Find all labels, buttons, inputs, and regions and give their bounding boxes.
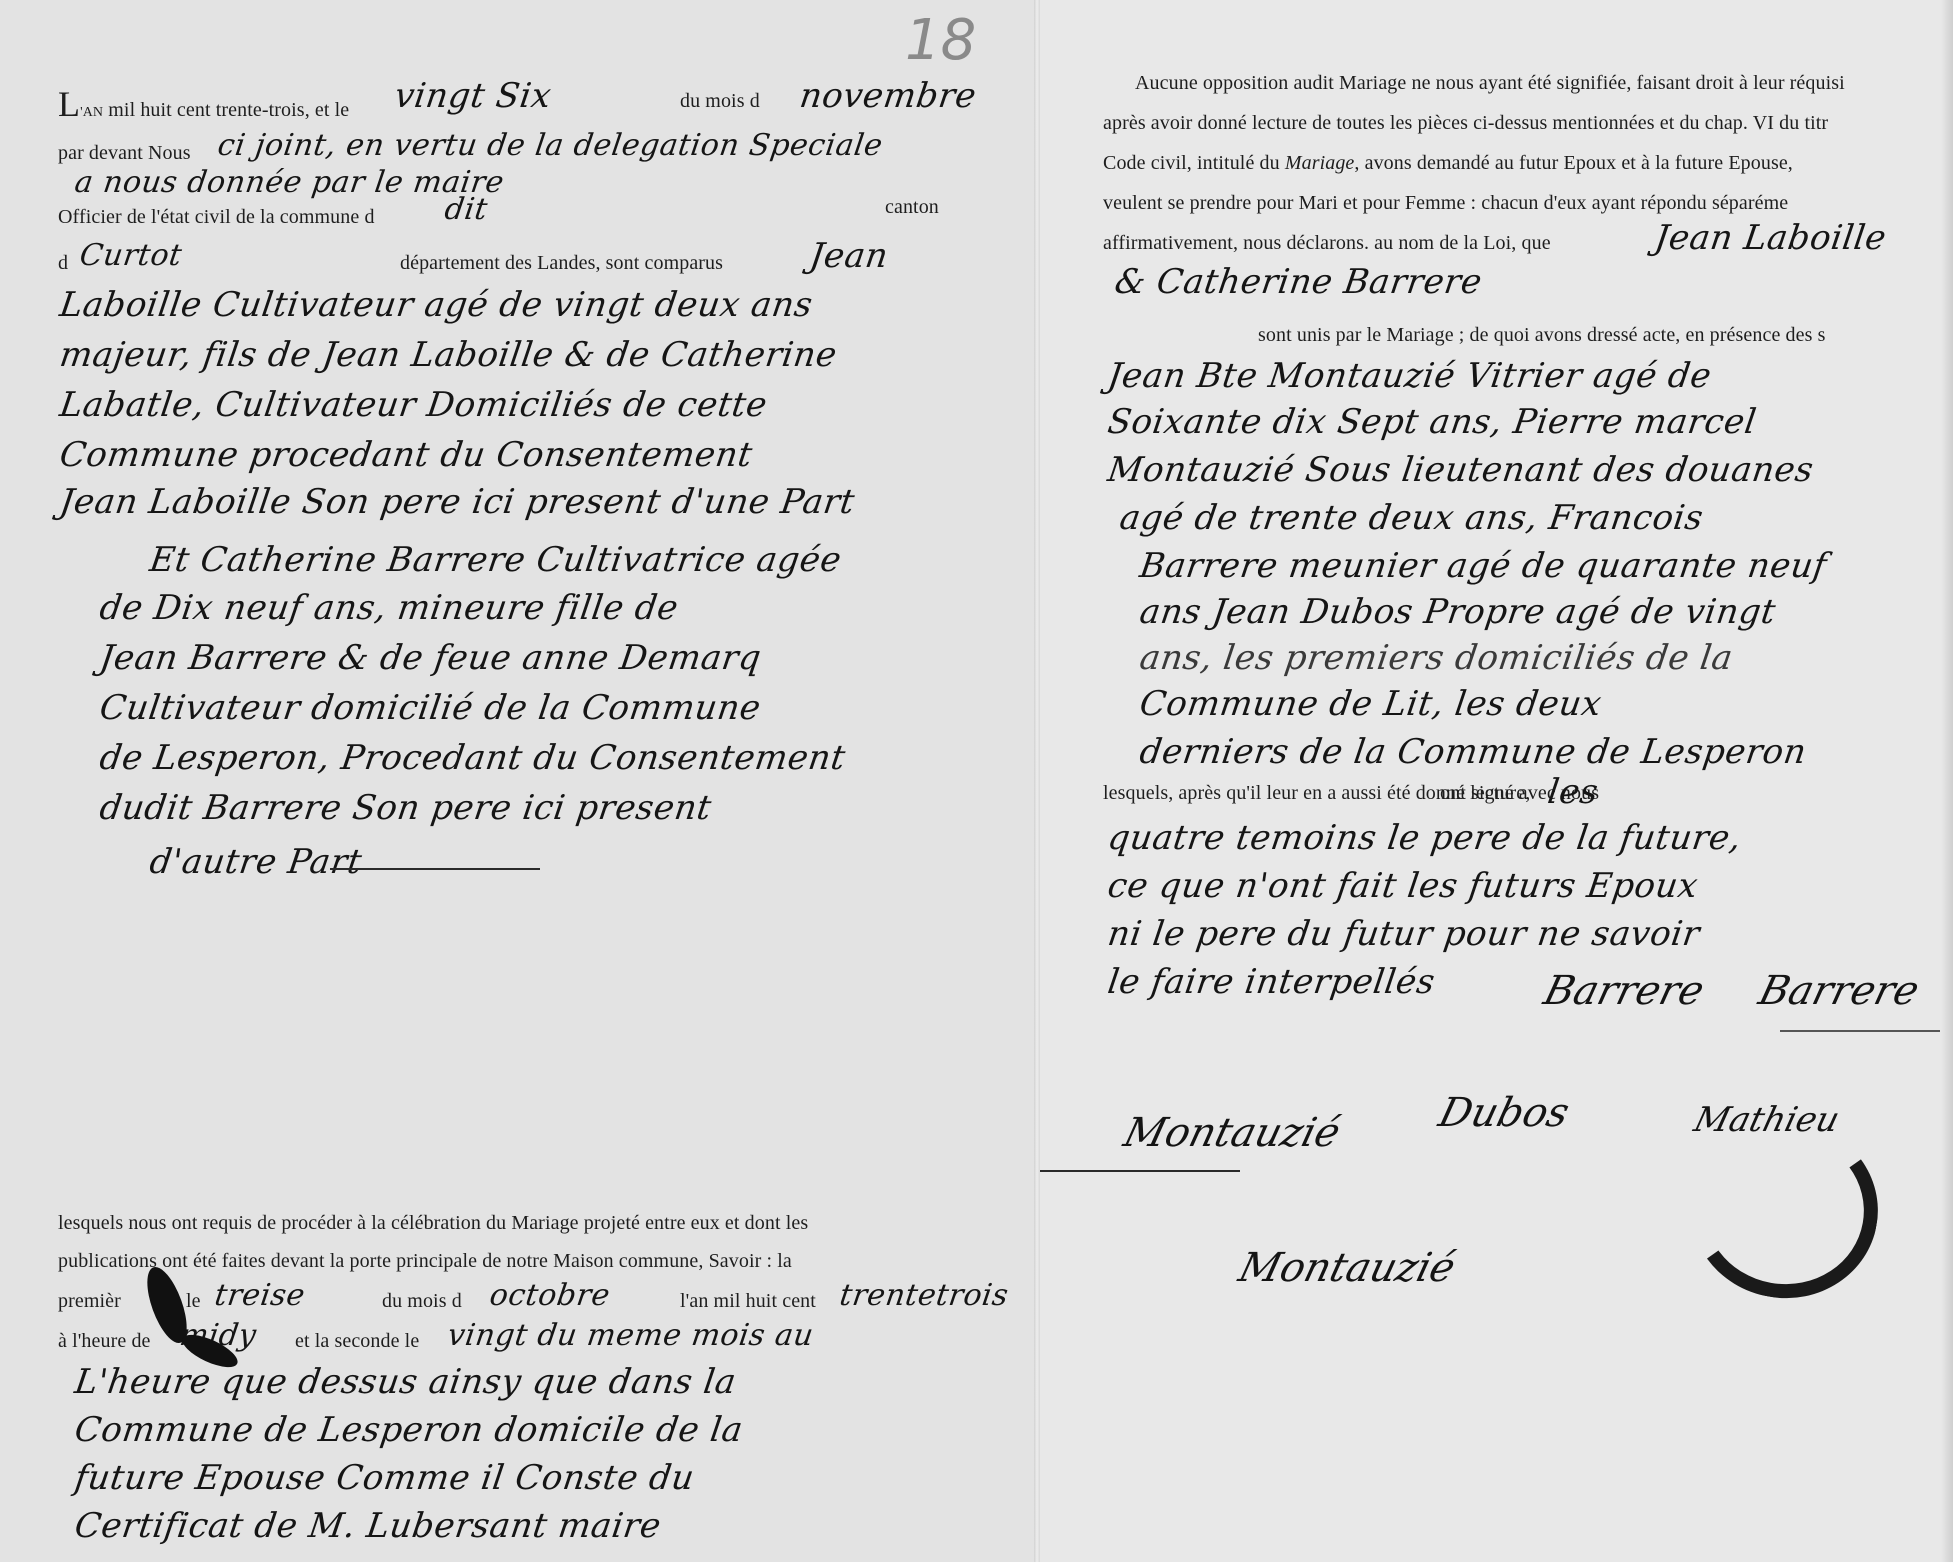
drop-cap: L [58, 84, 80, 124]
hw-day: vingt Six [392, 76, 554, 116]
printed-opening-line: L'an mil huit cent trente-trois, et le [58, 86, 349, 122]
hw-officer-line2: a nous donnée par le maire [73, 165, 507, 200]
printed-de: d [58, 252, 68, 275]
signature-barrere-2: Barrere [1754, 968, 1923, 1014]
margin-folio-number: 18 [905, 8, 976, 73]
hw-pub-day1: treise [213, 1278, 308, 1313]
signature-flourish [1040, 1170, 1240, 1172]
printed-unis-line: sont unis par le Mariage ; de quoi avons… [1258, 324, 1825, 347]
signature-barrere-1: Barrere [1539, 968, 1708, 1014]
hw-bride-name: & Catherine Barrere [1112, 262, 1484, 302]
printed-opposition-line5: affirmativement, nous déclarons. au nom … [1103, 232, 1551, 255]
printed-opposition-line2: après avoir donné lecture de toutes les … [1103, 112, 1828, 135]
hw-pub-month: octobre [488, 1278, 613, 1313]
closing-dash [330, 868, 540, 870]
signature-montauzie-1: Montauzié [1119, 1110, 1345, 1156]
printed-canton: canton [885, 196, 939, 219]
hw-groom-name: Jean Laboille [1652, 218, 1889, 258]
hw-pub-year: trentetrois [838, 1278, 1011, 1313]
signature-montauzie-2: Montauzié [1234, 1245, 1460, 1291]
printed-officier: Officier de l'état civil de la commune d [58, 206, 375, 229]
signature-flourish [1780, 1030, 1940, 1032]
printed-opposition-line3: Code civil, intitulé du Mariage, avons d… [1103, 152, 1793, 175]
hw-commune: dit [443, 192, 490, 227]
hw-officer-line1: ci joint, en vertu de la delegation Spec… [216, 128, 885, 163]
hw-pub-second: vingt du meme mois au [446, 1318, 816, 1353]
printed-opposition-line1: Aucune opposition audit Mariage ne nous … [1135, 72, 1845, 95]
hw-month: novembre [797, 76, 979, 116]
printed-month-label: du mois d [680, 90, 760, 113]
printed-opposition-line4: veulent se prendre pour Mari et pour Fem… [1103, 192, 1788, 215]
printed-publications-line1: lesquels nous ont requis de procéder à l… [58, 1212, 808, 1235]
hw-canton: Curtot [78, 238, 185, 273]
printed-publications-line2: publications ont été faites devant la po… [58, 1250, 792, 1273]
signature-dubos: Dubos [1434, 1090, 1574, 1136]
printed-par-devant: par devant Nous [58, 142, 191, 165]
page-edge [1941, 0, 1953, 1562]
book-gutter [1034, 0, 1040, 1562]
printed-departement: département des Landes, sont comparus [400, 252, 723, 275]
